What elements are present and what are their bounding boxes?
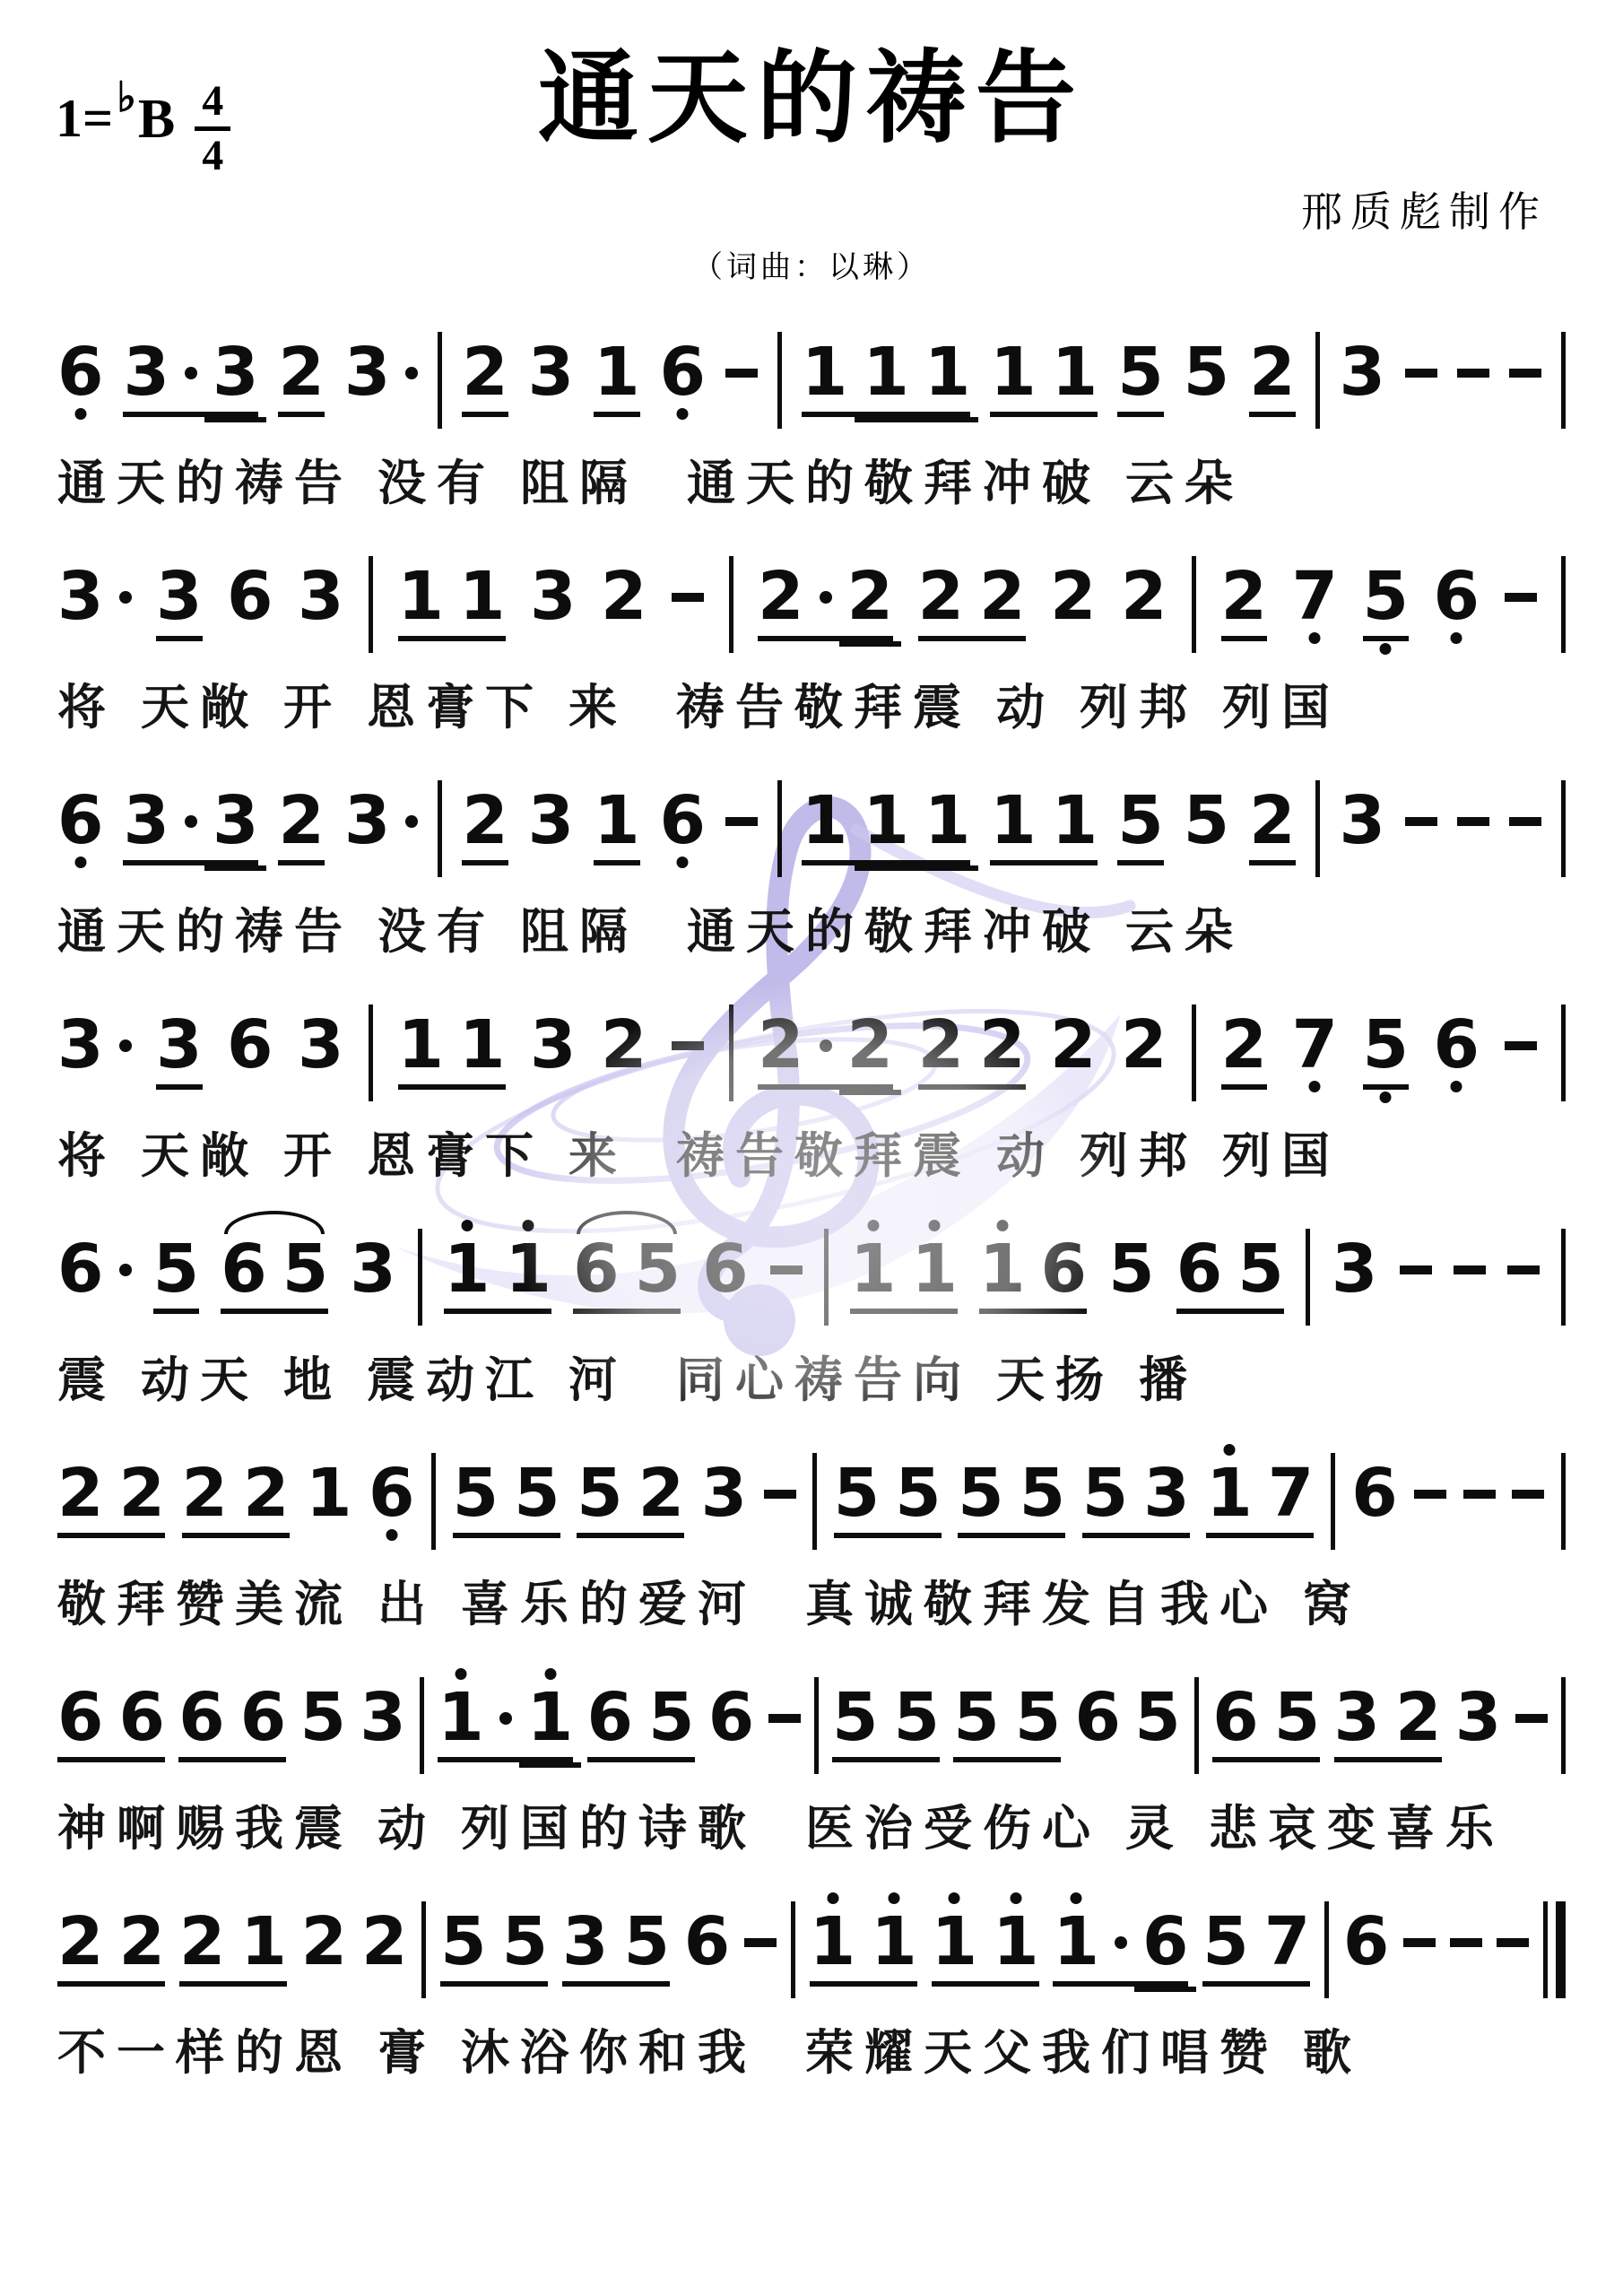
duration-dash [1403,1938,1436,1947]
note: 6 [1041,1236,1088,1302]
note: 6 [57,1684,104,1751]
note: 5 [832,1684,879,1751]
duration-dash [1400,1265,1432,1274]
note: 6 [227,1012,273,1078]
note-group: 3 [156,563,203,641]
note-group: 7 [1292,563,1339,636]
note: 2 [119,1909,166,1975]
note-group: 6 [227,1012,273,1084]
note: 2 [1050,563,1097,630]
note: 2 [1221,563,1268,630]
note: 5 [953,1684,1000,1751]
note-group [1414,1460,1446,1505]
note: 1 [802,787,848,854]
note: 1 [1052,339,1098,405]
note-group [1497,1909,1529,1953]
note: 5 [635,1236,681,1302]
note: 6 [369,1460,415,1526]
barline [1306,1229,1310,1326]
note: 2 [278,339,325,405]
note: 6 [587,1684,634,1751]
note: 1 [932,1909,978,1975]
note-group: 11 [398,1012,506,1090]
note: 5 [502,1909,549,1975]
note-group: 5 [1108,1236,1155,1309]
note-group: 66 [178,1684,286,1762]
note: 5 [282,1236,329,1302]
barline [421,1901,426,1998]
note: 1 [594,339,640,405]
note: 5 [1117,787,1164,854]
augmentation-dot-icon [1115,1936,1127,1949]
lyrics-row: 敬拜赞美流 出 喜乐的爱河 真诚敬拜发自我心 窝 [57,1580,1566,1629]
note: 6 [178,1684,225,1751]
note-group: 11 [398,563,506,641]
duration-dash [672,593,704,602]
note-group: 5 [300,1684,347,1757]
augmentation-dot-icon [119,1039,132,1052]
note-group: 6 [1434,563,1480,636]
note: 5 [453,1460,499,1526]
note: 1 [911,1236,958,1302]
note: 3 [213,339,259,405]
note-group: 6 [660,787,707,860]
note: 3 [57,563,104,630]
note: 5 [1363,1012,1410,1078]
note-group [1515,1684,1548,1729]
note: 5 [623,1909,670,1975]
note-group: 2 [1249,339,1296,417]
note: 2 [1395,1684,1442,1751]
note: 6 [1176,1236,1223,1302]
duration-dash [1457,369,1489,378]
note: 1 [505,1236,551,1302]
note: 1 [863,339,909,405]
note-group: 33 [123,339,258,417]
duration-dash [1515,1714,1548,1723]
note: 1 [810,1909,856,1975]
barline [1315,780,1320,877]
note-group: 2 [1050,563,1097,636]
barline [777,780,782,877]
note: 3 [1339,787,1385,854]
note-group: 2 [462,787,508,865]
note: 2 [278,787,325,854]
note-group: 22 [182,1460,290,1538]
note-group: 11 [850,1236,958,1314]
note: 1 [459,563,506,630]
note-group: 55 [953,1684,1061,1762]
note: 5 [895,1460,942,1526]
lyrics-row: 通天的祷告 没有 阻隔 通天的敬拜冲破 云朵 [57,459,1566,508]
note: 1 [438,1684,484,1751]
note: 5 [1202,1909,1249,1975]
note: 6 [1075,1684,1122,1751]
note: 5 [577,1460,623,1526]
barline [438,780,442,877]
note-group: 66 [57,1684,165,1762]
note: 5 [1184,339,1230,405]
note-group: 3 [1332,1236,1378,1309]
note: 3 [123,787,169,854]
barline [369,1004,373,1101]
note-group [1454,1236,1486,1281]
note: 2 [638,1460,685,1526]
note-group [1509,787,1541,832]
barline [369,556,373,653]
note: 7 [1292,563,1339,630]
barline [1331,1453,1335,1550]
note-group: 11 [438,1684,573,1762]
note-group: 53 [1082,1460,1190,1538]
note: 1 [802,339,848,405]
duration-dash [1463,1490,1496,1499]
lyrics-row: 将 天敞 开 恩膏下 来 祷告敬拜震 动 列邦 列国 [57,683,1566,732]
note-group: 2 [601,1012,647,1084]
note-group: 6 [1075,1684,1122,1757]
duration-dash [1505,593,1537,602]
note: 2 [1249,339,1296,405]
note: 3 [344,339,391,405]
note-group: 2 [462,339,508,417]
note: 1 [1052,787,1098,854]
duration-dash [1457,817,1489,826]
note-group: 5 [1117,339,1164,417]
note: 5 [1117,339,1164,405]
duration-dash [1454,1265,1486,1274]
note-group: 5 [1184,339,1230,412]
note-group: 57 [1202,1909,1310,1987]
barline [1561,1677,1566,1774]
note: 2 [758,563,804,630]
note: 2 [301,1909,348,1975]
note: 6 [702,1236,749,1302]
notes-row: 656531165611165653 [57,1236,1566,1326]
note-group: 2 [1221,563,1268,641]
note: 5 [1363,563,1410,630]
barline [1324,1901,1329,1998]
note-group: 5 [1134,1684,1181,1757]
note-group: 3 [360,1684,406,1757]
note-group: 5 [1363,563,1410,641]
note: 1 [459,1012,506,1078]
duration-dash [1450,1938,1482,1947]
note: 3 [298,563,344,630]
note-group: 6 [57,339,104,412]
duration-dash [770,1265,803,1274]
note-group: 22 [918,563,1026,641]
note-group [672,1012,704,1057]
note: 5 [1274,1684,1321,1751]
note: 2 [847,563,894,630]
duration-dash [725,817,758,826]
note-group [1450,1909,1482,1953]
note: 2 [979,563,1026,630]
note-group: 3 [1455,1684,1502,1757]
note: 2 [361,1909,408,1975]
note: 3 [360,1684,406,1751]
score-line: 656531165611165653震 动天 地 震动江 河 同心祷告向 天扬 … [57,1236,1566,1405]
note: 6 [1434,1012,1480,1078]
augmentation-dot-icon [499,1712,512,1725]
note-group [744,1909,777,1953]
note: 6 [221,1236,267,1302]
barline [812,1453,817,1550]
note: 3 [562,1909,609,1975]
duration-dash [1405,369,1437,378]
notes-row: 22221655523555553176 [57,1460,1566,1550]
lyrics-row: 通天的祷告 没有 阻隔 通天的敬拜冲破 云朵 [57,908,1566,956]
note-group: 3 [530,563,577,636]
note: 3 [528,339,575,405]
note-group: 7 [1292,1012,1339,1084]
note-group [1505,1012,1537,1057]
barline [1192,556,1196,653]
note-group [1400,1236,1432,1281]
duration-dash [1509,369,1541,378]
note-group: 3 [298,563,344,636]
note: 1 [398,1012,445,1078]
note: 3 [156,563,203,630]
score-line: 22221655523555553176敬拜赞美流 出 喜乐的爱河 真诚敬拜发自… [57,1460,1566,1629]
note: 6 [57,787,104,854]
barline-thin [1543,1901,1548,1998]
note: 1 [871,1909,917,1975]
augmentation-dot-icon [405,367,418,379]
note: 2 [462,787,508,854]
note: 5 [153,1236,200,1302]
note: 3 [57,1012,104,1078]
note-group: 55 [958,1460,1065,1538]
note-group: 3 [344,339,419,412]
note: 5 [440,1909,487,1975]
note: 3 [350,1236,396,1302]
note-group: 6 [1351,1460,1398,1533]
note-group: 22 [57,1460,165,1538]
note: 3 [298,1012,344,1078]
note: 6 [57,339,104,405]
note: 6 [660,787,707,854]
note: 3 [528,787,575,854]
note: 1 [1053,1909,1099,1975]
lyrics-row: 神啊赐我震 动 列国的诗歌 医治受伤心 灵 悲哀变喜乐 [57,1805,1566,1853]
note: 2 [243,1460,290,1526]
note: 3 [344,787,391,854]
note-group: 2 [1121,563,1167,636]
note: 3 [1455,1684,1502,1751]
barline [814,1677,819,1774]
note-group: 32 [1334,1684,1442,1762]
note: 5 [1020,1460,1066,1526]
note: 1 [850,1236,897,1302]
note-group: 3 [528,339,575,412]
barline [431,1453,436,1550]
duration-dash [1509,817,1541,826]
note-group: 11 [444,1236,551,1314]
note-group: 55 [440,1909,548,1987]
score-line: 336311322222222756将 天敞 开 恩膏下 来 祷告敬拜震 动 列… [57,563,1566,732]
note: 6 [119,1684,166,1751]
note: 1 [993,1909,1039,1975]
note-group: 3 [701,1460,748,1533]
barline [438,332,442,429]
score-line: 633232316111115523通天的祷告 没有 阻隔 通天的敬拜冲破 云朵 [57,339,1566,508]
note-group [1509,339,1541,384]
note: 2 [179,1909,226,1975]
note: 2 [601,1012,647,1078]
note: 1 [979,1236,1026,1302]
note: 2 [918,563,965,630]
note: 1 [398,563,445,630]
notes-row: 336311322222222756 [57,1012,1566,1101]
augmentation-dot-icon [119,591,132,604]
barline [729,1004,733,1101]
duration-dash [672,1041,704,1050]
note-group [1405,787,1437,832]
note-group: 3 [1339,787,1385,860]
note-group: 6 [227,563,273,636]
note: 3 [1332,1236,1378,1302]
barline [1561,332,1566,429]
score-line: 22212255356111116576不一样的恩 膏 沐浴你和我 荣耀天父我们… [57,1909,1566,2077]
final-barline [1543,1901,1566,1998]
note-group: 22 [57,1909,165,1987]
note: 5 [834,1460,881,1526]
note: 5 [1015,1684,1062,1751]
note: 2 [182,1460,229,1526]
note-group: 6 [1434,1012,1480,1084]
note: 1 [240,1909,287,1975]
note-group: 5 [1184,787,1230,860]
note: 5 [648,1684,695,1751]
note: 2 [462,339,508,405]
note-group: 16 [1053,1909,1188,1987]
note-group: 2 [1050,1012,1097,1084]
note: 6 [1212,1684,1259,1751]
note: 6 [708,1684,755,1751]
note: 1 [924,787,971,854]
note: 2 [57,1460,104,1526]
note: 6 [227,563,273,630]
note: 1 [863,787,909,854]
note-group: 65 [1176,1236,1284,1314]
duration-dash [1497,1938,1529,1947]
barline [1561,1229,1566,1326]
note: 1 [594,787,640,854]
note: 2 [1249,787,1296,854]
notes-row: 22212255356111116576 [57,1909,1566,1998]
score-line: 6666531165655556565323神啊赐我震 动 列国的诗歌 医治受伤… [57,1684,1566,1853]
note: 2 [1221,1012,1268,1078]
augmentation-dot-icon [185,815,197,828]
note: 6 [660,339,707,405]
note: 2 [979,1012,1026,1078]
note: 5 [1134,1684,1181,1751]
note: 5 [894,1684,941,1751]
barline [824,1229,829,1326]
note-group: 2 [301,1909,348,1981]
lyrics-row: 震 动天 地 震动江 河 同心祷告向 天扬 播 [57,1356,1566,1405]
note-group: 3 [156,1012,203,1090]
barline [791,1901,795,1998]
augmentation-dot-icon [119,1264,132,1276]
barline [418,1229,422,1326]
note: 2 [1050,1012,1097,1078]
note-group [1457,787,1489,832]
note-group [1457,339,1489,384]
note-group [768,1684,801,1729]
note-group: 111 [802,787,971,865]
augmentation-dot-icon [820,591,832,604]
note: 6 [573,1236,620,1302]
augmentation-dot-icon [405,815,418,828]
note-group [1507,1236,1540,1281]
note-group: 5 [153,1236,200,1314]
note: 3 [213,787,259,854]
note: 3 [530,563,577,630]
note-group [1505,563,1537,608]
note-group: 6 [684,1909,731,1981]
note-group [725,339,758,384]
note-group [1463,1460,1496,1505]
note-group: 3 [57,563,132,636]
note-group: 55 [832,1684,940,1762]
note: 2 [847,1012,894,1078]
note-group: 33 [123,787,258,865]
note-group [725,787,758,832]
note-group: 35 [562,1909,670,1987]
note: 3 [1339,339,1385,405]
note: 2 [1121,1012,1167,1078]
barline-thick [1556,1901,1566,1998]
lyrics-row: 将 天敞 开 恩膏下 来 祷告敬拜震 动 列邦 列国 [57,1132,1566,1180]
barline [1561,1004,1566,1101]
note: 6 [1343,1909,1390,1975]
duration-dash [1414,1490,1446,1499]
note-group: 2 [1121,1012,1167,1084]
note-group: 3 [528,787,575,860]
note: 5 [1184,787,1230,854]
note-group: 55 [834,1460,942,1538]
note: 2 [57,1909,104,1975]
notes-row: 336311322222222756 [57,563,1566,653]
note: 2 [119,1460,166,1526]
note-group: 65 [587,1684,695,1762]
note: 7 [1264,1909,1311,1975]
note: 6 [1434,563,1480,630]
note: 3 [701,1460,748,1526]
notes-row: 633232316111115523 [57,787,1566,877]
note-group: 65 [1212,1684,1320,1762]
note-group: 5 [1117,787,1164,865]
score: 633232316111115523通天的祷告 没有 阻隔 通天的敬拜冲破 云朵… [0,0,1623,2296]
score-line: 633232316111115523通天的祷告 没有 阻隔 通天的敬拜冲破 云朵 [57,787,1566,956]
note-group: 6 [660,339,707,412]
note-group [1403,1909,1436,1953]
note: 2 [601,563,647,630]
note-group: 6 [708,1684,755,1757]
duration-dash [744,1938,777,1947]
note-group-slur: 65 [221,1236,328,1314]
note-group: 3 [1339,339,1385,412]
note: 2 [758,1012,804,1078]
note-group [764,1460,796,1505]
note: 1 [444,1236,490,1302]
note-group: 3 [350,1236,396,1309]
note-group: 11 [990,339,1098,417]
note-group: 2 [601,563,647,636]
barline [1561,780,1566,877]
